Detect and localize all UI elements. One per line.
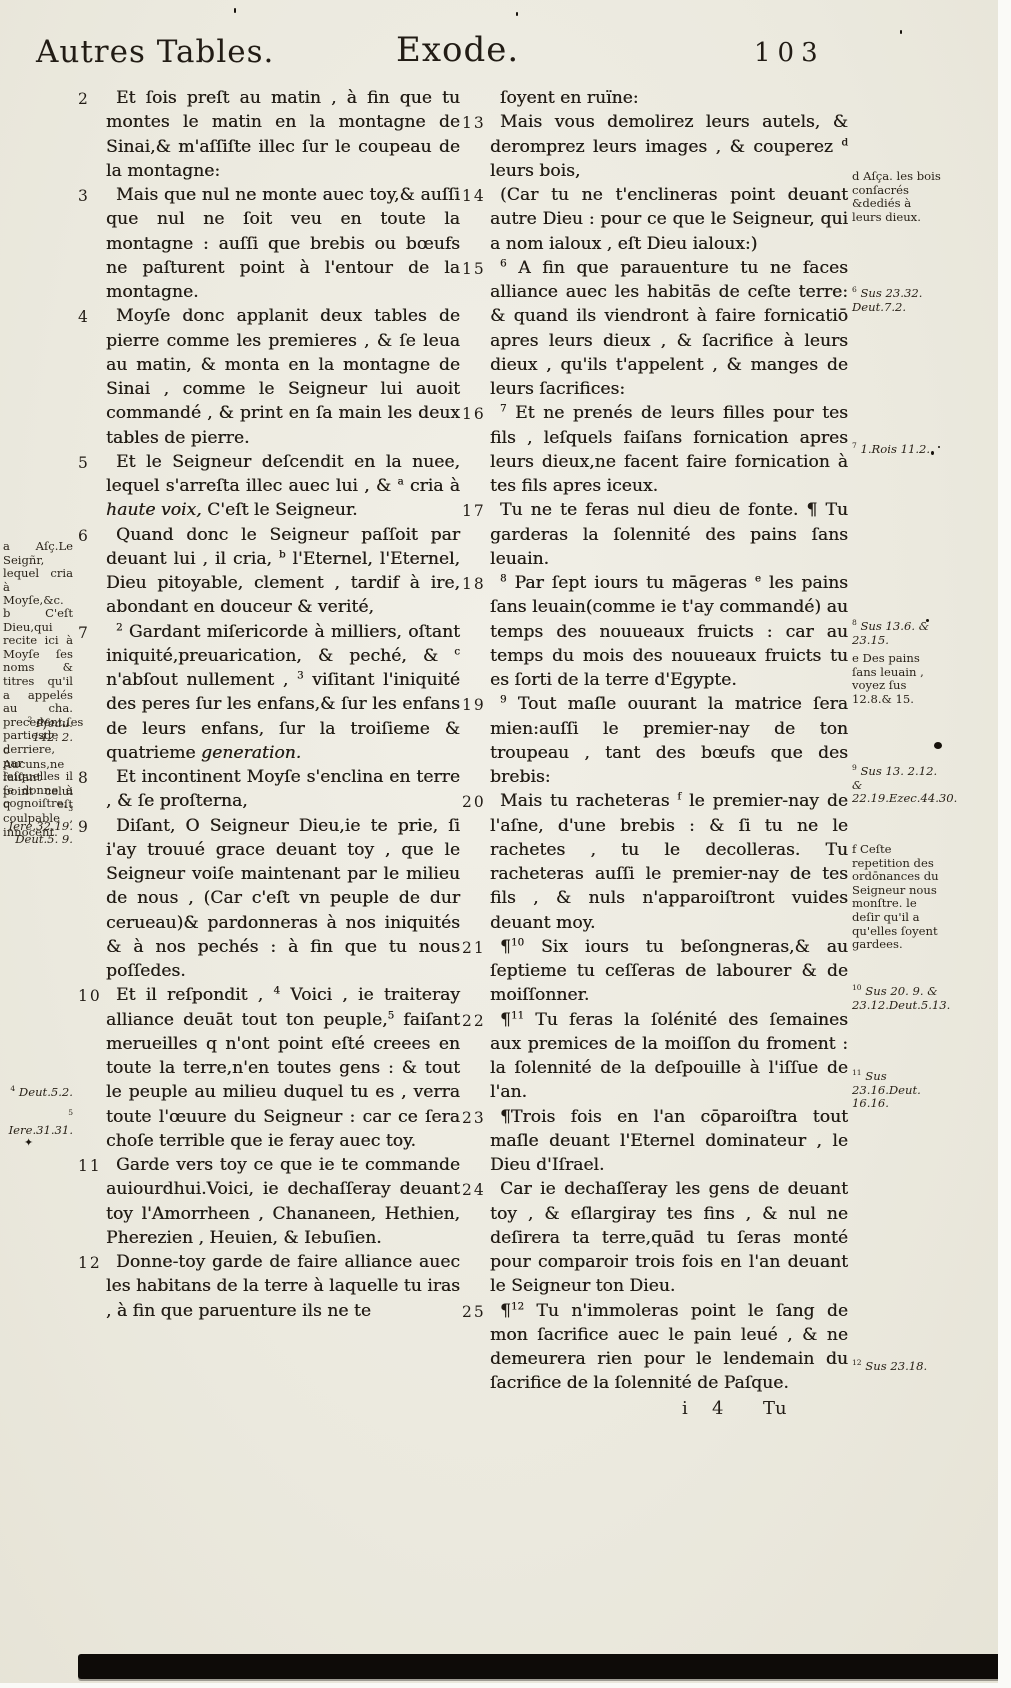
margin-note: 2 Pſeau. 142. 2. [3, 717, 73, 744]
text-column-right: ſoyent en ruïne:13Mais vous demolirez le… [460, 86, 848, 1424]
verse-text: Diſant, O Seigneur Dieu,ie te prie, ſi i… [106, 816, 460, 982]
scan-edge [998, 0, 1011, 1688]
verse-text: Et ſois preſt au matin , à fin que tu mo… [106, 88, 460, 181]
verse-number: 17 [462, 499, 486, 523]
verse-text: ſoyent en ruïne: [500, 88, 639, 108]
verse-number: 10 [78, 984, 102, 1008]
margin-note: 9 Sus 13. 2.12. & 22.19.Ezec.44.30. [852, 765, 944, 806]
verse: 23¶Trois fois en l'an cōparoiſtra tout m… [460, 1105, 848, 1178]
verse-text: 7 Et ne prenés de leurs filles pour tes … [490, 403, 848, 496]
verse: 10Et il reſpondit , 4 Voici , ie traiter… [76, 983, 460, 1153]
page-number: 103 [754, 38, 825, 68]
verse: 2Et ſois preſt au matin , à fin que tu m… [76, 86, 460, 183]
verse-text: 6 A fin que parauenture tu ne faces alli… [490, 258, 848, 399]
verse-text: ¶12 Tu n'immoleras point le ſang de mon … [490, 1301, 848, 1394]
verse: 188 Par ſept iours tu māgeras e les pain… [460, 571, 848, 692]
signature-line: i4Tu [460, 1398, 848, 1424]
margin-note: 5 Iere.31.31. [3, 1110, 73, 1137]
ink-speck [234, 8, 236, 13]
verse: 20Mais tu racheteras f le premier-nay de… [460, 789, 848, 935]
ink-speck [516, 12, 518, 16]
verse: 11Garde vers toy ce que ie te commande a… [76, 1153, 460, 1250]
verse-text: Et le Seigneur deſcendit en la nuee, leq… [106, 452, 460, 521]
ink-speck [938, 446, 940, 448]
verse-text: Et il reſpondit , 4 Voici , ie traiteray… [106, 985, 460, 1151]
verse-number: 9 [78, 815, 90, 839]
text-column-left: 2Et ſois preſt au matin , à fin que tu m… [76, 86, 460, 1323]
signature-letter: i [682, 1398, 688, 1419]
verse-text: Mais tu racheteras f le premier-nay de l… [490, 791, 848, 932]
ink-speck [931, 451, 934, 455]
verse: 24Car ie dechaſſeray les gens de deuant … [460, 1177, 848, 1298]
verse-text: Moyſe donc applanit deux tables de pierr… [106, 306, 460, 447]
verse-text: ¶10 Six iours tu beſongneras,& au ſeptie… [490, 937, 848, 1006]
verse: 21¶10 Six iours tu beſongneras,& au ſept… [460, 935, 848, 1008]
verse-number: 8 [78, 766, 90, 790]
verse: 6Quand donc le Seigneur paſſoit par deua… [76, 523, 460, 620]
verse-number: 7 [78, 621, 90, 645]
verse-text: 2 Gardant miſericorde à milliers, oſtant… [106, 622, 460, 763]
verse-number: 6 [78, 524, 90, 548]
verse-number: 20 [462, 790, 486, 814]
margin-note: 10 Sus 20. 9. & 23.12.Deut.5.13. [852, 985, 944, 1012]
margin-note: d Aſça. les bois conſacrés &dediés à leu… [852, 170, 944, 224]
verse-text: Car ie dechaſſeray les gens de deuant to… [490, 1179, 848, 1296]
verse-number: 3 [78, 184, 90, 208]
verse-number: 25 [462, 1300, 486, 1324]
ink-speck [934, 742, 942, 749]
margin-note: 11 Sus 23.16.Deut. 16.16. [852, 1070, 944, 1111]
verse-number: 11 [78, 1154, 102, 1178]
verse-number: 16 [462, 402, 486, 426]
verse-text: ¶11 Tu feras la ſolénité des ſemaines au… [490, 1010, 848, 1103]
verse: 3Mais que nul ne monte auec toy,& auſſi … [76, 183, 460, 304]
catchword: Tu [763, 1398, 787, 1419]
verse-text: Quand donc le Seigneur paſſoit par deuan… [106, 525, 460, 618]
margin-note: 3 Iere.32.19. Deut.5. 9. [3, 806, 73, 847]
verse: 199 Tout maſle ouurant la matrice ſera m… [460, 692, 848, 789]
running-title-left: Autres Tables. [36, 34, 274, 70]
verse: 22¶11 Tu feras la ſolénité des ſemaines … [460, 1008, 848, 1105]
verse-text: Garde vers toy ce que ie te commande aui… [106, 1155, 460, 1248]
margin-note: 6 Sus 23.32. Deut.7.2. [852, 287, 944, 314]
verse-text: (Car tu ne t'enclineras point deuant aut… [490, 185, 848, 254]
scan-bottom-bar [78, 1654, 1002, 1679]
verse: 12Donne-toy garde de faire alliance auec… [76, 1250, 460, 1323]
verse-number: 2 [78, 87, 90, 111]
ink-speck [926, 619, 929, 622]
signature-number: 4 [712, 1398, 723, 1419]
verse-number: 13 [462, 111, 486, 135]
verse: 13Mais vous demolirez leurs autels, & de… [460, 110, 848, 183]
verse-text: Mais vous demolirez leurs autels, & dero… [490, 112, 848, 181]
verse-number: 23 [462, 1106, 486, 1130]
verse: 14(Car tu ne t'enclineras point deuant a… [460, 183, 848, 256]
margin-note: 4 Deut.5.2. [3, 1086, 73, 1100]
verse-number: 19 [462, 693, 486, 717]
margin-note: 8 Sus 13.6. & 23.15. [852, 620, 944, 647]
verse-number: 22 [462, 1009, 486, 1033]
verse-number: 24 [462, 1178, 486, 1202]
verse: 156 A fin que parauenture tu ne faces al… [460, 256, 848, 402]
margin-note: 7 1.Rois 11.2. [852, 443, 944, 457]
verse-number: 18 [462, 572, 486, 596]
book-title: Exode. [396, 30, 519, 70]
ink-speck [900, 30, 902, 34]
verse-text: 9 Tout maſle ouurant la matrice ſera mie… [490, 694, 848, 787]
verse: 167 Et ne prenés de leurs filles pour te… [460, 401, 848, 498]
verse: 25¶12 Tu n'immoleras point le ſang de mo… [460, 1299, 848, 1396]
verse-text: Mais que nul ne monte auec toy,& auſſi q… [106, 185, 460, 302]
verse-text: Tu ne te feras nul dieu de fonte. ¶ Tu g… [490, 500, 848, 569]
fleuron-ornament: ✦ [24, 1136, 33, 1149]
verse: 4Moyſe donc applanit deux tables de pier… [76, 304, 460, 450]
margin-note: f Ceſte repetition des ordōnances du Sei… [852, 843, 944, 952]
verse: ſoyent en ruïne: [460, 86, 848, 110]
margin-note: 12 Sus 23.18. [852, 1360, 944, 1374]
verse-number: 15 [462, 257, 486, 281]
verse: 8Et incontinent Moyſe s'enclina en terre… [76, 765, 460, 814]
verse: 9Diſant, O Seigneur Dieu,ie te prie, ſi … [76, 814, 460, 984]
verse: 72 Gardant miſericorde à milliers, oſtan… [76, 620, 460, 766]
scan-edge [0, 1683, 1011, 1688]
verse-number: 12 [78, 1251, 102, 1275]
verse-text: Donne-toy garde de faire alliance auec l… [106, 1252, 460, 1321]
scanned-page-background: Autres Tables. Exode. 103 2Et ſois preſt… [0, 0, 1011, 1688]
verse-text: 8 Par ſept iours tu māgeras e les pains … [490, 573, 848, 690]
verse-text: ¶Trois fois en l'an cōparoiſtra tout maſ… [490, 1107, 848, 1176]
margin-note: e Des pains ſans leuain , voyez ſus 12.8… [852, 652, 944, 706]
verse: 5Et le Seigneur deſcendit en la nuee, le… [76, 450, 460, 523]
verse-text: Et incontinent Moyſe s'enclina en terre … [106, 767, 460, 811]
verse: 17Tu ne te feras nul dieu de fonte. ¶ Tu… [460, 498, 848, 571]
margin-note: a Aſç.Le Seigñr, lequel cria à Moyſe,&c. [3, 540, 73, 608]
verse-number: 21 [462, 936, 486, 960]
verse-number: 5 [78, 451, 90, 475]
verse-number: 4 [78, 305, 90, 329]
verse-number: 14 [462, 184, 486, 208]
